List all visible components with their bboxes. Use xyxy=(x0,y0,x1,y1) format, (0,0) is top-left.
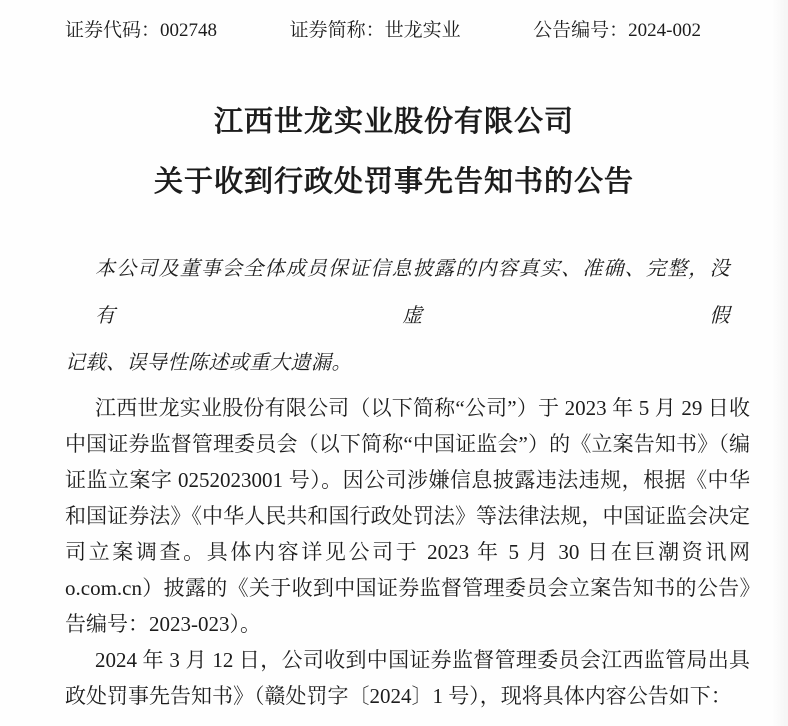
announcement-title: 关于收到行政处罚事先告知书的公告 xyxy=(0,164,788,200)
paragraph2-line: 2024 年 3 月 12 日，公司收到中国证券监督管理委员会江西监管局出具的《… xyxy=(65,642,750,678)
announcement-number: 公告编号：2024-002 xyxy=(533,20,701,42)
board-disclaimer: 本公司及董事会全体成员保证信息披露的内容真实、准确、完整，没有虚假 记载、误导性… xyxy=(65,246,730,387)
paragraph2-line: 政处罚事先告知书》（赣处罚字〔2024〕1 号），现将具体内容公告如下： xyxy=(65,678,750,714)
document-header: 证券代码：002748 证券简称：世龙实业 公告编号：2024-002 xyxy=(65,20,701,42)
body-text: 江西世龙实业股份有限公司（以下简称“公司”）于 2023 年 5 月 29 日收… xyxy=(65,390,750,714)
paragraph1-line: o.com.cn）披露的《关于收到中国证券监督管理委员会立案告知书的公告》（公 xyxy=(65,570,750,606)
company-name-title: 江西世龙实业股份有限公司 xyxy=(0,104,788,140)
paragraph1-line: 证监立案字 0252023001 号）。因公司涉嫌信息披露违法违规，根据《中华人… xyxy=(65,462,750,498)
disclaimer-line: 本公司及董事会全体成员保证信息披露的内容真实、准确、完整，没有虚假 xyxy=(65,246,730,340)
paragraph1-line: 中国证券监督管理委员会（以下简称“中国证监会”）的《立案告知书》（编号： xyxy=(65,426,750,462)
paragraph1-line: 司立案调查。具体内容详见公司于 2023 年 5 月 30 日在巨潮资讯网（ww… xyxy=(65,534,750,570)
stock-code: 证券代码：002748 xyxy=(65,20,217,42)
stock-abbreviation: 证券简称：世龙实业 xyxy=(290,20,461,42)
paragraph1-line: 和国证券法》《中华人民共和国行政处罚法》等法律法规，中国证监会决定对公 xyxy=(65,498,750,534)
paragraph1-line: 告编号：2023-023）。 xyxy=(65,606,750,642)
disclaimer-line: 记载、误导性陈述或重大遗漏。 xyxy=(65,340,730,387)
paragraph1-line: 江西世龙实业股份有限公司（以下简称“公司”）于 2023 年 5 月 29 日收… xyxy=(65,390,750,426)
announcement-document: 证券代码：002748 证券简称：世龙实业 公告编号：2024-002 江西世龙… xyxy=(0,0,788,726)
